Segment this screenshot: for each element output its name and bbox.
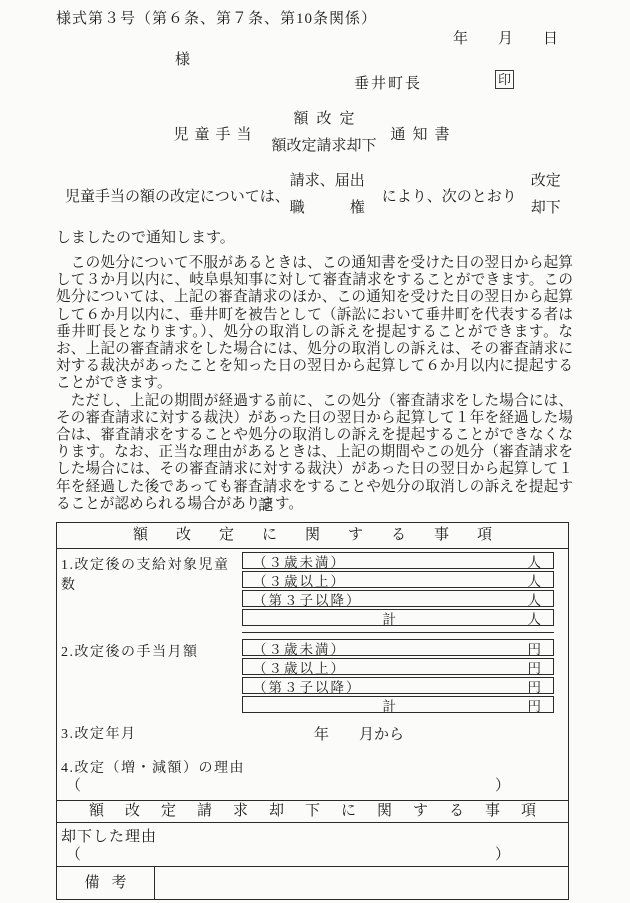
row-revision-reason: 4.改定（増・減額）の理由 （ ）	[57, 757, 568, 797]
row-amount-3-and-over: （３歳以上） 円	[242, 658, 554, 675]
row-unit: 人	[528, 608, 544, 628]
row-4-blank-field: （ ）	[61, 777, 568, 797]
title-prefix: 児童手当	[173, 123, 257, 144]
row-unit: 円	[528, 657, 544, 677]
issuer-title: 垂井町長	[354, 72, 422, 93]
document-sheet: 様式第３号（第６条、第７条、第10条関係） 年 月 日 様 垂井町長 印 児童手…	[0, 0, 630, 903]
appeal-paragraph-2: ただし、上記の期間が経過する前に、この処分（審査請求をした場合には、その審査請求…	[56, 393, 573, 513]
row-label: （３歳未満）	[253, 638, 528, 658]
section-2-boxes: （３歳未満） 円 （３歳以上） 円 （第３子以降） 円 計 円	[242, 639, 554, 713]
paren-close: ）	[495, 846, 510, 864]
row-amount-under-3: （３歳未満） 円	[242, 639, 554, 656]
row-unit: 円	[528, 676, 544, 696]
form-number: 様式第３号（第６条、第７条、第10条関係）	[56, 7, 377, 28]
row-unit: 人	[528, 589, 544, 609]
row-unit: 円	[528, 695, 544, 715]
row-3-value: 年 月から	[314, 723, 404, 744]
row-count-3-and-over: （３歳以上） 人	[242, 571, 554, 588]
option-revise: 改定	[531, 168, 561, 195]
title-option-revision-request-rejection: 額改定請求却下	[271, 133, 376, 160]
rejection-blank-field: （ ）	[61, 846, 568, 866]
remarks-blank-cell	[155, 867, 568, 899]
seal-placeholder: 印	[495, 70, 514, 89]
opening-text-1: 児童手当の額の改定については、	[50, 185, 290, 206]
row-label: （３歳以上）	[253, 657, 528, 677]
addressee-suffix: 様	[175, 48, 190, 69]
row-4-label: 4.改定（増・減額）の理由	[61, 757, 568, 777]
title-option-stack: 額改定 額改定請求却下	[271, 106, 376, 160]
row-3-label: 3.改定年月	[61, 723, 246, 744]
opening-text-2: により、次のとおり	[382, 185, 517, 206]
row-label: 計	[253, 608, 528, 628]
row-rejection-reason: 却下した理由 （ ）	[57, 823, 568, 866]
row-unit: 人	[528, 570, 544, 590]
option-stack-revise-or-reject: 改定 却下	[531, 168, 561, 222]
option-reject: 却下	[531, 195, 561, 222]
details-table: 額改定に関する事項 1.改定後の支給対象児童数 （３歳未満） 人 （３歳以上） …	[56, 522, 569, 900]
remarks-label: 備考	[57, 867, 155, 899]
title-option-amount-revision: 額改定	[285, 106, 362, 133]
paren-open: （	[66, 777, 81, 795]
rejection-label: 却下した理由	[61, 825, 568, 846]
section-1-boxes: （３歳未満） 人 （３歳以上） 人 （第３子以降） 人 計 人	[242, 552, 554, 626]
row-label: （３歳未満）	[253, 551, 528, 571]
paren-close: ）	[495, 777, 510, 795]
row-label: （第３子以降）	[253, 676, 528, 696]
row-revision-date: 3.改定年月 年 月から	[57, 723, 568, 744]
option-request-notification: 請求、届出	[290, 168, 365, 195]
section-1-label: 1.改定後の支給対象児童数	[57, 552, 242, 594]
document-title: 児童手当 額改定 額改定請求却下 通知書	[0, 106, 630, 160]
row-count-under-3: （３歳未満） 人	[242, 552, 554, 569]
row-amount-total: 計 円	[242, 696, 554, 713]
option-official-authority: 職 権	[290, 195, 365, 222]
row-count-total: 計 人	[242, 609, 554, 626]
title-suffix: 通知書	[391, 123, 457, 144]
option-stack-request-or-authority: 請求、届出 職 権	[290, 168, 365, 222]
appeal-paragraph-1: この処分について不服があるときは、この通知書を受けた日の翌日から起算して３か月以…	[56, 255, 573, 393]
section-2-label: 2.改定後の手当月額	[57, 639, 242, 661]
row-unit: 人	[528, 551, 544, 571]
row-count-third-child-onward: （第３子以降） 人	[242, 590, 554, 607]
row-label: 計	[253, 695, 528, 715]
row-label: （第３子以降）	[253, 589, 528, 609]
row-unit: 円	[528, 638, 544, 658]
ki-marker: 記	[258, 494, 275, 515]
row-label: （３歳以上）	[253, 570, 528, 590]
date-line: 年 月 日	[453, 27, 558, 48]
row-remarks: 備考	[57, 866, 568, 899]
table-header-revision-matters: 額改定に関する事項	[57, 523, 568, 549]
opening-sentence: 児童手当の額の改定については、 請求、届出 職 権 により、次のとおり 改定 却…	[50, 168, 561, 222]
paren-open: （	[66, 846, 81, 864]
table-header-rejection-matters: 額改定請求却下に関する事項	[57, 800, 568, 823]
section-children-count: 1.改定後の支給対象児童数 （３歳未満） 人 （３歳以上） 人 （第３子以降） …	[57, 552, 568, 626]
section-monthly-amount: 2.改定後の手当月額 （３歳未満） 円 （３歳以上） 円 （第３子以降） 円 計…	[57, 639, 568, 713]
opening-sentence-end: しましたので通知します。	[56, 226, 235, 247]
issuer-line: 垂井町長 印	[0, 70, 630, 92]
row-amount-third-child-onward: （第３子以降） 円	[242, 677, 554, 694]
section-divider	[242, 632, 554, 633]
appeal-notice: この処分について不服があるときは、この通知書を受けた日の翌日から起算して３か月以…	[56, 255, 573, 513]
